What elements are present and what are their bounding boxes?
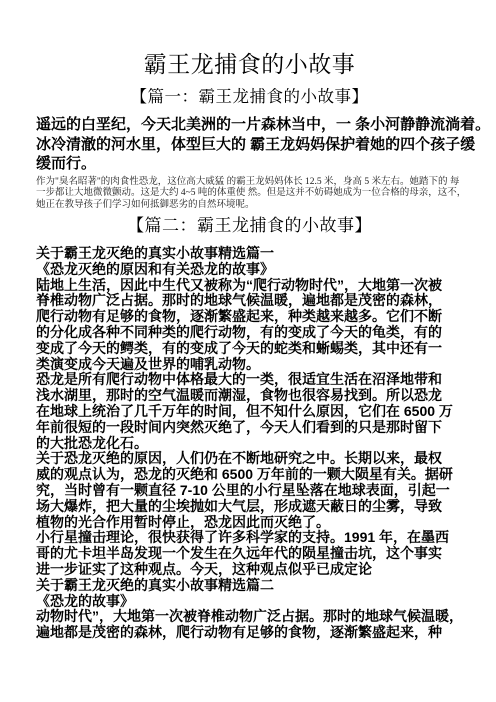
- text-line: 关于霸王龙灭绝的真实小故事精选篇一: [36, 246, 463, 262]
- text-line: 陆地上生活，因此中生代又被称为“爬行动物时代”，大地第一次被: [36, 278, 463, 294]
- text-line: 遥远的白垩纪，今天北美洲的一片森林当中，一 条小河静静流淌着。: [36, 115, 463, 135]
- text-line: 关于恐龙灭绝的原因，人们仍在不断地研究之中。长期以来，最权: [36, 451, 463, 467]
- text-line: 威的观点认为，恐龙的灭绝和 6500 万年前的一颗大陨星有关。据研: [36, 467, 463, 483]
- text-line: 爬行动物有足够的食物，逐渐繁盛起来，种类越来越多。它们不断: [36, 309, 463, 325]
- section1-heading: 【篇一：霸王龙捕食的小故事】: [36, 86, 463, 108]
- text-line: 作为"臭名昭著"的肉食性恐龙，这位高大威猛 的霸王龙妈妈体长 12.5 米，身高…: [36, 177, 463, 189]
- text-line: 类演变成今天遍及世界的哺乳动物。: [36, 357, 463, 373]
- text-line: 究，当时曾有一颗直径 7-10 公里的小行星坠落在地球表面，引起一: [36, 483, 463, 499]
- text-line: 脊椎动物广泛占据。那时的地球气候温暖，遍地都是茂密的森林，: [36, 293, 463, 309]
- text-line: 年前很短的一段时间内突然灭绝了，今天人们看到的只是那时留下: [36, 420, 463, 436]
- text-line: 植物的光合作用暂时停止，恐龙因此而灭绝了。: [36, 515, 463, 531]
- text-line: 浅水湖里，那时的空气温暖而潮湿，食物也很容易找到。所以恐龙: [36, 388, 463, 404]
- text-line: 场大爆炸，把大量的尘埃抛如大气层，形成遮天蔽日的尘雾，导致: [36, 499, 463, 515]
- text-line: 《恐龙的故事》: [36, 594, 463, 610]
- text-line: 遍地都是茂密的森林，爬行动物有足够的食物，逐渐繁盛起来，种: [36, 625, 463, 641]
- text-line: 冰冷清澈的河水里，体型巨大的 霸王龙妈妈保护着她的四个孩子缓: [36, 135, 463, 155]
- text-line: 一步都让大地微微颤动。这是大约 4~5 吨的体重使 然。但是这并不妨碍她成为一位…: [36, 188, 463, 200]
- text-line: 哥的尤卡坦半岛发现一个发生在久远年代的陨星撞击坑，这个事实: [36, 546, 463, 562]
- text-line: 变成了今天的鳄类，有的变成了今天的蛇类和蜥蜴类，其中还有一: [36, 341, 463, 357]
- text-line: 《恐龙灭绝的原因和有关恐龙的故事》: [36, 262, 463, 278]
- text-line: 的大批恐龙化石。: [36, 436, 463, 452]
- text-line: 动物时代”，大地第一次被脊椎动物广泛占据。那时的地球气候温暖，: [36, 609, 463, 625]
- text-line: 在地球上统治了几千万年的时间，但不知什么原因，它们在 6500 万: [36, 404, 463, 420]
- text-line: 恐龙是所有爬行动物中体格最大的一类，很适宜生活在沼泽地带和: [36, 372, 463, 388]
- text-line: 小行星撞击理论，很快获得了许多科学家的支持。1991 年，在墨西: [36, 530, 463, 546]
- section1-note-paragraph: 作为"臭名昭著"的肉食性恐龙，这位高大威猛 的霸王龙妈妈体长 12.5 米，身高…: [36, 177, 463, 212]
- text-line: 她正在教导孩子们学习如何抵御恶劣的自然环境呢。: [36, 200, 463, 212]
- section1-lead-paragraph: 遥远的白垩纪，今天北美洲的一片森林当中，一 条小河静静流淌着。冰冷清澈的河水里，…: [36, 115, 463, 174]
- document-title: 霸王龙捕食的小故事: [36, 50, 463, 80]
- section2-body: 关于霸王龙灭绝的真实小故事精选篇一《恐龙灭绝的原因和有关恐龙的故事》陆地上生活，…: [36, 246, 463, 641]
- text-line: 关于霸王龙灭绝的真实小故事精选篇二: [36, 578, 463, 594]
- section2-heading: 【篇二：霸王龙捕食的小故事】: [36, 214, 463, 237]
- text-line: 进一步证实了这种观点。今天，这种观点似乎已成定论: [36, 562, 463, 578]
- text-line: 缓而行。: [36, 154, 463, 174]
- document-page: 霸王龙捕食的小故事 【篇一：霸王龙捕食的小故事】 遥远的白垩纪，今天北美洲的一片…: [0, 0, 496, 702]
- text-line: 的分化成各种不同种类的爬行动物，有的变成了今天的龟类，有的: [36, 325, 463, 341]
